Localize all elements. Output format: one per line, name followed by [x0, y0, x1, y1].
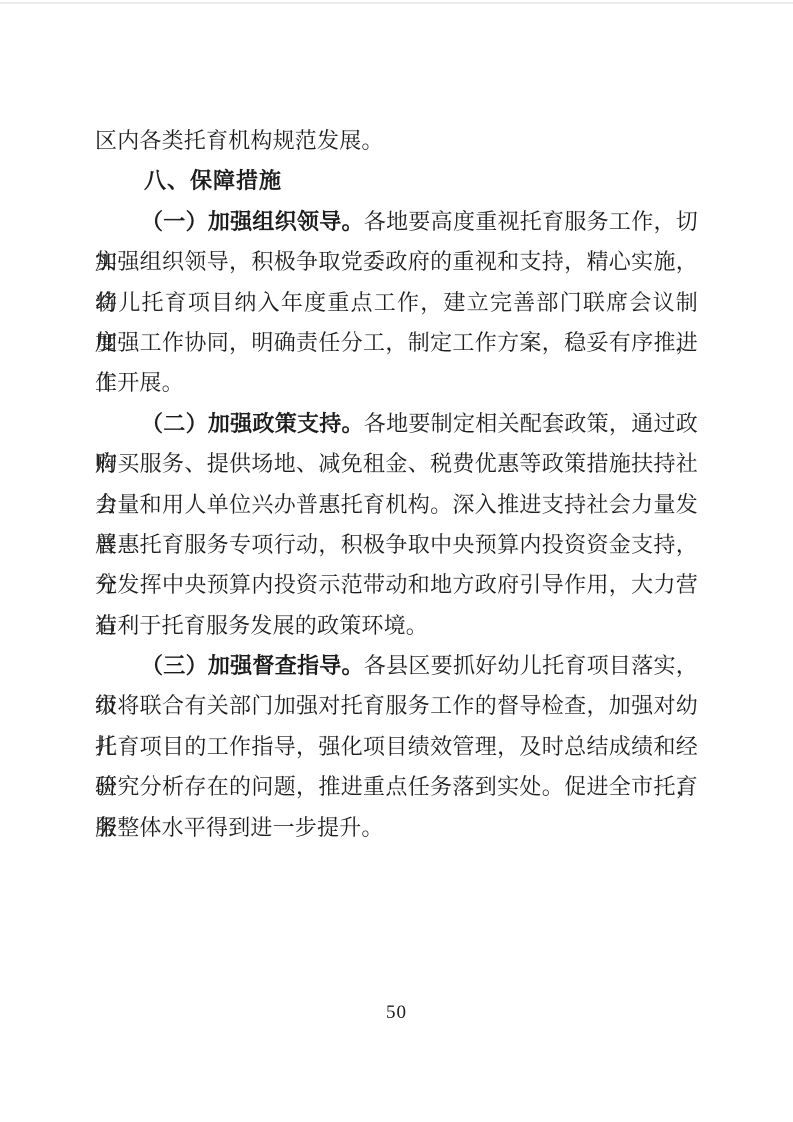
paragraph-line: 区内各类托育机构规范发展。 — [95, 121, 698, 161]
paragraph-line: 有利于托育服务发展的政策环境。 — [95, 606, 698, 646]
paragraph-line: 作开展。 — [95, 363, 698, 403]
paragraph-lead: （三）加强督查指导。 — [141, 653, 364, 678]
paragraph-lead: （二）加强政策支持。 — [141, 411, 364, 436]
paragraph-line: 级将联合有关部门加强对托育服务工作的督导检查，加强对幼儿 — [95, 686, 698, 726]
paragraph-line: 力量和用人单位兴办普惠托育机构。深入推进支持社会力量发展 — [95, 485, 698, 525]
paragraph-line: 加强组织领导，积极争取党委政府的重视和支持，精心实施，将 — [95, 242, 698, 282]
document-page: 区内各类托育机构规范发展。 八、保障措施 （一）加强组织领导。各地要高度重视托育… — [0, 0, 793, 1122]
page-number: 50 — [0, 1000, 793, 1026]
paragraph-lead: （一）加强组织领导。 — [141, 209, 364, 234]
paragraph-line: 托育项目的工作指导，强化项目绩效管理，及时总结成绩和经验， — [95, 727, 698, 767]
scan-artifact-line — [0, 2, 793, 4]
paragraph-line: （三）加强督查指导。各县区要抓好幼儿托育项目落实，市 — [95, 646, 698, 686]
paragraph-line: （一）加强组织领导。各地要高度重视托育服务工作，切实 — [95, 202, 698, 242]
paragraph-line: 幼儿托育项目纳入年度重点工作，建立完善部门联席会议制度， — [95, 283, 698, 323]
text-block: 区内各类托育机构规范发展。 八、保障措施 （一）加强组织领导。各地要高度重视托育… — [95, 121, 698, 848]
paragraph-line: （二）加强政策支持。各地要制定相关配套政策，通过政府 — [95, 404, 698, 444]
paragraph-line: 加强工作协同，明确责任分工，制定工作方案，稳妥有序推进工 — [95, 323, 698, 363]
paragraph-line: 务整体水平得到进一步提升。 — [95, 808, 698, 848]
paragraph-line: 购买服务、提供场地、减免租金、税费优惠等政策措施扶持社会 — [95, 444, 698, 484]
paragraph-line: 研究分析存在的问题，推进重点任务落到实处。促进全市托育服 — [95, 767, 698, 807]
section-heading: 八、保障措施 — [95, 161, 698, 201]
paragraph-line: 普惠托育服务专项行动，积极争取中央预算内投资资金支持，充 — [95, 525, 698, 565]
paragraph-line: 分发挥中央预算内投资示范带动和地方政府引导作用，大力营造 — [95, 565, 698, 605]
